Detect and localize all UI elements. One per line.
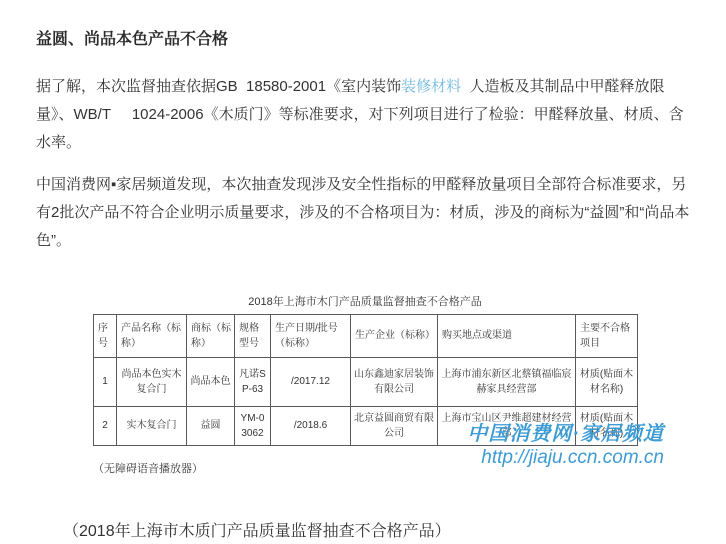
header-row: 序号 产品名称（标称） 商标（标称） 规格型号 生产日期/批号（标称） 生产企业… xyxy=(94,315,638,358)
paragraph-standards: 据了解，本次监督抽查依据GB 18580-2001《室内装饰装修材料 人造板及其… xyxy=(36,73,690,157)
column-header-brand: 商标（标称） xyxy=(187,315,235,358)
table-cell-purchase-place: 上海市浦东新区北蔡镇福临宸赫家具经营部 xyxy=(438,358,576,407)
table-cell-brand: 尚品本色 xyxy=(187,358,235,407)
para1-text-before: 据了解，本次监督抽查依据GB 18580-2001《室内装饰 xyxy=(36,78,401,95)
table-cell-brand: 益圆 xyxy=(187,407,235,446)
table-cell-manufacturer: 北京益圆商贸有限公司 xyxy=(351,407,438,446)
table-row: 2 实木复合门 益圆 YM-03062 /2018.6 北京益圆商贸有限公司 上… xyxy=(94,407,638,446)
decoration-materials-link[interactable]: 装修材料 xyxy=(401,78,461,95)
table-cell-index: 2 xyxy=(94,407,117,446)
table-cell-index: 1 xyxy=(94,358,117,407)
table-cell-failed-items: 材质(贴面木材名称) xyxy=(576,407,638,446)
column-header-index: 序号 xyxy=(94,315,117,358)
column-header-manufacturer: 生产企业（标称） xyxy=(351,315,438,358)
table-row: 1 尚品本色实木复合门 尚品本色 凡诺SP-63 /2017.12 山东鑫迪家居… xyxy=(94,358,638,407)
table-cell-date-batch: /2017.12 xyxy=(271,358,351,407)
column-header-date-batch: 生产日期/批号（标称） xyxy=(271,315,351,358)
table-cell-product-name: 实木复合门 xyxy=(117,407,187,446)
table-cell-product-name: 尚品本色实木复合门 xyxy=(117,358,187,407)
noncompliant-products-table: 序号 产品名称（标称） 商标（标称） 规格型号 生产日期/批号（标称） 生产企业… xyxy=(93,314,638,446)
table-section: 2018年上海市木门产品质量监督抽查不合格产品 序号 产品名称（标称） 商标（标… xyxy=(93,293,637,476)
table-cell-spec: YM-03062 xyxy=(235,407,271,446)
column-header-spec: 规格型号 xyxy=(235,315,271,358)
article-heading: 益圆、尚品本色产品不合格 xyxy=(36,26,690,49)
table-cell-manufacturer: 山东鑫迪家居装饰有限公司 xyxy=(351,358,438,407)
column-header-product-name: 产品名称（标称） xyxy=(117,315,187,358)
table-cell-failed-items: 材质(贴面木材名称) xyxy=(576,358,638,407)
table-cell-spec: 凡诺SP-63 xyxy=(235,358,271,407)
article-page: 益圆、尚品本色产品不合格 据了解，本次监督抽查依据GB 18580-2001《室… xyxy=(0,0,726,544)
table-title: 2018年上海市木门产品质量监督抽查不合格产品 xyxy=(93,293,637,309)
table-cell-date-batch: /2018.6 xyxy=(271,407,351,446)
column-header-purchase-place: 购买地点或渠道 xyxy=(438,315,576,358)
audio-player-note: （无障碍语音播放器） xyxy=(93,460,637,476)
paragraph-findings: 中国消费网▪家居频道发现，本次抽查发现涉及安全性指标的甲醛释放量项目全部符合标准… xyxy=(36,171,690,255)
table-cell-purchase-place: 上海市宝山区尹维超建材经营部 xyxy=(438,407,576,446)
image-caption: （2018年上海市木质门产品质量监督抽查不合格产品） xyxy=(63,518,690,541)
column-header-failed-items: 主要不合格项目 xyxy=(576,315,638,358)
